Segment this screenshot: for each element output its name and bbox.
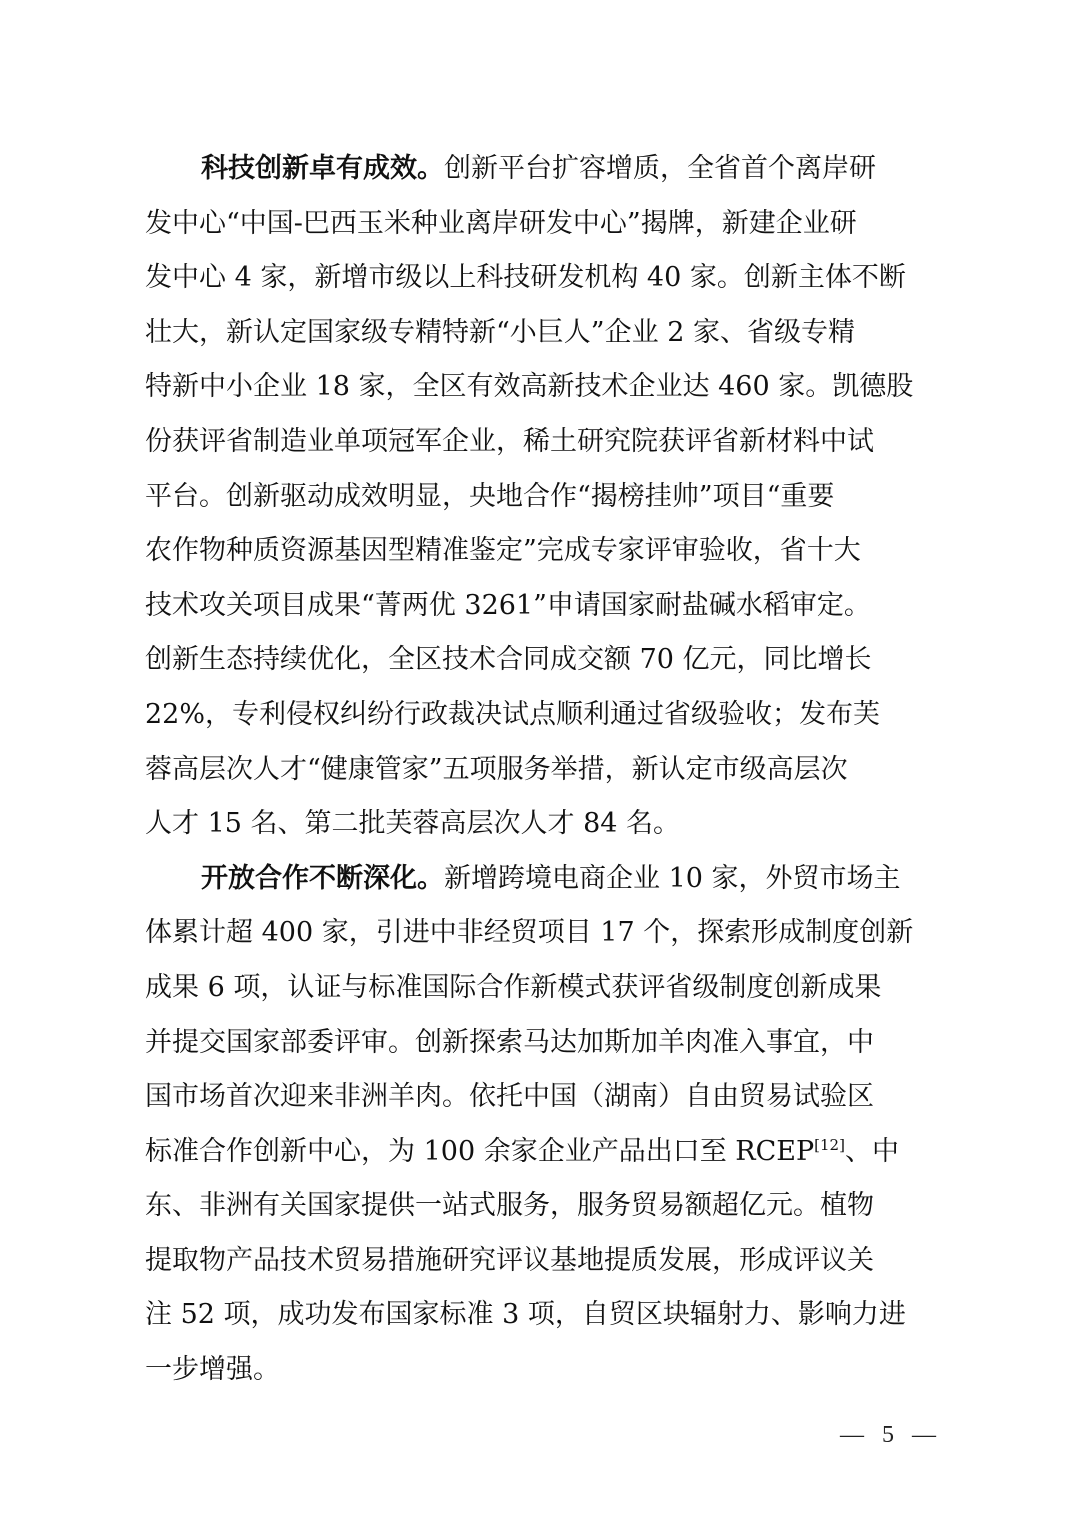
paragraph-2-line-1: 开放合作不断深化。新增跨境电商企业 10 家，外贸市场主 [145, 852, 933, 907]
text-line: 技术攻关项目成果“菁两优 3261”申请国家耐盐碱水稻审定。 [145, 579, 933, 634]
text-line: 创新生态持续优化，全区技术合同成交额 70 亿元，同比增长 [145, 633, 933, 688]
paragraph-1-line-1: 科技创新卓有成效。创新平台扩容增质，全省首个离岸研 [145, 142, 933, 197]
text-line: 平台。创新驱动成效明显，央地合作“揭榜挂帅”项目“重要 [145, 470, 933, 525]
text-line-with-footnote: 标准合作创新中心，为 100 余家企业产品出口至 RCEP[12]、中 [145, 1125, 933, 1180]
text-line: 注 52 项，成功发布国家标准 3 项，自贸区块辐射力、影响力进 [145, 1288, 933, 1343]
text-line: 农作物种质资源基因型精准鉴定”完成专家评审验收，省十大 [145, 524, 933, 579]
footnote-reference[interactable]: [12] [814, 1136, 845, 1154]
text-line: 一步增强。 [145, 1343, 933, 1398]
text-line: 并提交国家部委评审。创新探索马达加斯加羊肉准入事宜，中 [145, 1016, 933, 1071]
text-line: 蓉高层次人才“健康管家”五项服务举措，新认定市级高层次 [145, 743, 933, 798]
text-line: 国市场首次迎来非洲羊肉。依托中国（湖南）自由贸易试验区 [145, 1070, 933, 1125]
text-line: 提取物产品技术贸易措施研究评议基地提质发展，形成评议关 [145, 1234, 933, 1289]
text-line: 发中心“中国-巴西玉米种业离岸研发中心”揭牌，新建企业研 [145, 197, 933, 252]
text-line: 特新中小企业 18 家，全区有效高新技术企业达 460 家。凯德股 [145, 360, 933, 415]
text-line: 壮大，新认定国家级专精特新“小巨人”企业 2 家、省级专精 [145, 306, 933, 361]
text-line: 22%，专利侵权纠纷行政裁决试点顺利通过省级验收；发布芙 [145, 688, 933, 743]
text-line: 发中心 4 家，新增市级以上科技研发机构 40 家。创新主体不断 [145, 251, 933, 306]
document-body: 科技创新卓有成效。创新平台扩容增质，全省首个离岸研 发中心“中国-巴西玉米种业离… [145, 142, 933, 1398]
page-number: — 5 — [840, 1422, 942, 1449]
text-line: 成果 6 项，认证与标准国际合作新模式获评省级制度创新成果 [145, 961, 933, 1016]
text-line: 东、非洲有关国家提供一站式服务，服务贸易额超亿元。植物 [145, 1179, 933, 1234]
paragraph-heading: 开放合作不断深化。 [201, 863, 444, 894]
text-line: 份获评省制造业单项冠军企业，稀土研究院获评省新材料中试 [145, 415, 933, 470]
text-line: 人才 15 名、第二批芙蓉高层次人才 84 名。 [145, 797, 933, 852]
text-line: 体累计超 400 家，引进中非经贸项目 17 个，探索形成制度创新 [145, 906, 933, 961]
paragraph-heading: 科技创新卓有成效。 [201, 153, 444, 184]
